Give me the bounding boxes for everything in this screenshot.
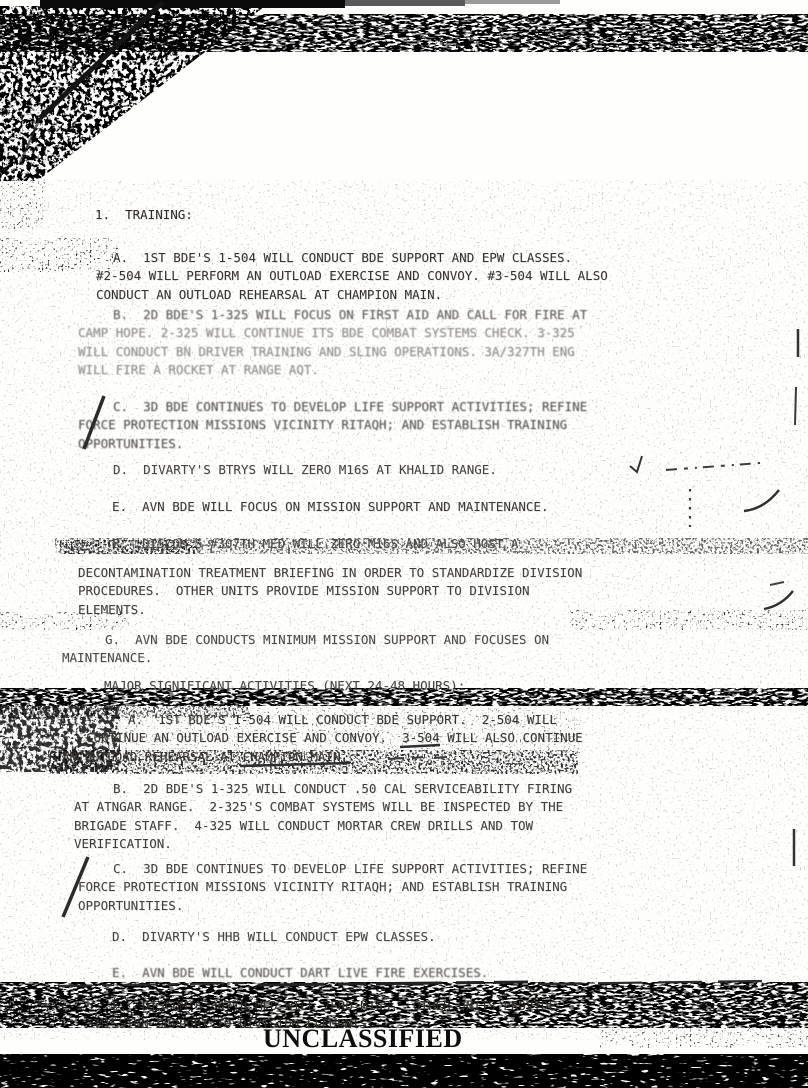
scan-edge-bar [345,0,465,6]
scan-noise-band [0,1054,808,1088]
paragraph-training-d: D. DIVARTY'S BTRYS WILL ZERO M16S AT KHA… [113,461,497,479]
text-line: WILL CONDUCT BN DRIVER TRAINING AND SLIN… [78,343,587,361]
paragraph-activities-d: D. DIVARTY'S HHB WILL CONDUCT EPW CLASSE… [112,928,436,946]
scan-dash-rule [538,981,762,984]
paragraph-activities-b: B. 2D BDE'S 1-325 WILL CONDUCT .50 CAL S… [74,780,572,854]
text-line: BRIGADE STAFF. 4-325 WILL CONDUCT MORTAR… [74,817,572,835]
handwritten-dash-mark [666,463,760,470]
handwritten-swoosh-mark [744,490,779,511]
text-line: CAMP HOPE. 2-325 WILL CONTINUE ITS BDE C… [78,324,587,342]
text-line: B. 2D BDE'S 1-325 WILL CONDUCT .50 CAL S… [74,780,572,798]
paragraph-training-b: B. 2D BDE'S 1-325 WILL FOCUS ON FIRST AI… [78,306,587,380]
text-line: FORCE PROTECTION MISSIONS VICINITY RITAQ… [78,416,587,434]
scan-smudge [570,610,808,630]
text-line: CONTINUE AN OUTLOAD EXERCISE AND CONVOY.… [86,729,583,747]
scan-noise-band [380,30,808,52]
text-line: F. DISCOM'S 307TH MED WILL ZERO M16S. OT… [96,997,556,1015]
margin-tick-mark [795,387,796,425]
text-line: CONDUCT AN OUTLOAD REHEARSAL AT CHAMPION… [96,286,608,304]
classification-footer: UNCLASSIFIED [263,1024,463,1054]
scan-smudge [0,100,45,230]
text-line: B. 2D BDE'S 1-325 WILL FOCUS ON FIRST AI… [78,306,587,324]
paragraph-training-f-continued: DECONTAMINATION TREATMENT BRIEFING IN OR… [78,564,582,619]
scan-noise-band [0,14,808,52]
section-heading-training: 1. TRAINING: [95,206,193,224]
paragraph-training-e: E. AVN BDE WILL FOCUS ON MISSION SUPPORT… [112,498,549,516]
scan-edge-bar [40,0,345,8]
text-line: C. 3D BDE CONTINUES TO DEVELOP LIFE SUPP… [78,860,587,878]
text-line: VERIFICATION. [74,835,572,853]
text-line: A. 1ST BDE'S 1-504 WILL CONDUCT BDE SUPP… [86,711,583,729]
paragraph-training-a: A. 1ST BDE'S 1-504 WILL CONDUCT BDE SUPP… [96,249,608,304]
text-line: G. AVN BDE CONDUCTS MINIMUM MISSION SUPP… [62,631,549,649]
text-line: PROCEDURES. OTHER UNITS PROVIDE MISSION … [78,582,582,600]
paragraph-activities-e: E. AVN BDE WILL CONDUCT DART LIVE FIRE E… [112,964,488,982]
text-line: D. DIVARTY'S HHB WILL CONDUCT EPW CLASSE… [112,928,436,946]
handwritten-check-mark [630,456,642,472]
scan-edge-bar [465,0,560,4]
text-line: FORCE PROTECTION MISSIONS VICINITY RITAQ… [78,878,587,896]
text-line: #2-504 WILL PERFORM AN OUTLOAD EXERCISE … [96,267,608,285]
text-line: MAINTENANCE. [62,649,549,667]
paragraph-activities-a: A. 1ST BDE'S 1-504 WILL CONDUCT BDE SUPP… [86,711,583,766]
text-line: AT ATNGAR RANGE. 2-325'S COMBAT SYSTEMS … [74,798,572,816]
section-heading-major-activities: MAJOR SIGNIFICANT ACTIVITIES (NEXT 24-48… [104,677,465,695]
text-line: E. AVN BDE WILL FOCUS ON MISSION SUPPORT… [112,498,549,516]
scan-smudge [600,1022,808,1048]
text-line: A. 1ST BDE'S 1-504 WILL CONDUCT BDE SUPP… [96,249,608,267]
text-line: E. AVN BDE WILL CONDUCT DART LIVE FIRE E… [112,964,488,982]
scan-dash-rule [58,983,248,986]
text-line: C. 3D BDE CONTINUES TO DEVELOP LIFE SUPP… [78,398,587,416]
text-line: OPPORTUNITIES. [78,435,587,453]
paragraph-training-c: C. 3D BDE CONTINUES TO DEVELOP LIFE SUPP… [78,398,587,453]
paragraph-training-g: G. AVN BDE CONDUCTS MINIMUM MISSION SUPP… [62,631,549,668]
handwritten-dash-mark [770,582,784,585]
scan-smudge-corner [0,6,265,181]
fold-crease-mark [20,118,40,163]
scan-dash-rule [258,982,528,985]
text-line: OPPORTUNITIES. [78,897,587,915]
text-line: F. DISCOM'S #307TH MED WILL ZERO M16S AN… [112,535,518,553]
text-line: AN OUTLOAD REHEARSAL AT CHAMPION MAIN. [62,748,583,766]
handwritten-swoosh-mark [764,591,793,609]
text-line: D. DIVARTY'S BTRYS WILL ZERO M16S AT KHA… [113,461,497,479]
paragraph-training-f: F. DISCOM'S #307TH MED WILL ZERO M16S AN… [112,535,518,553]
paragraph-activities-c: C. 3D BDE CONTINUES TO DEVELOP LIFE SUPP… [78,860,587,915]
scanned-document-page: 1. TRAINING: A. 1ST BDE'S 1-504 WILL CON… [0,0,808,1088]
fold-crease-mark [40,2,163,118]
text-line: DECONTAMINATION TREATMENT BRIEFING IN OR… [78,564,582,582]
text-line: ELEMENTS. [78,601,582,619]
text-line: WILL FIRE A ROCKET AT RANGE AQT. [78,361,587,379]
